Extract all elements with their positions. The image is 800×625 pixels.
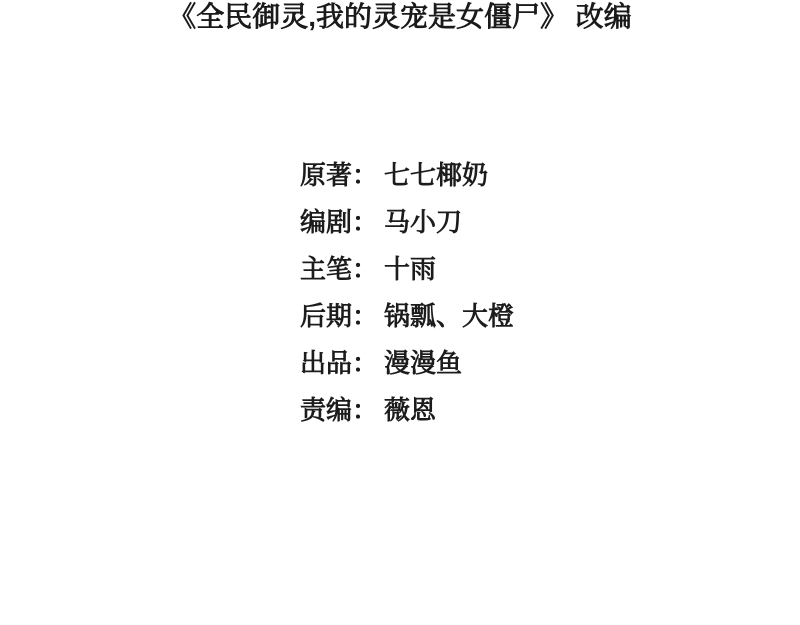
credit-label-original-work: 原著： bbox=[300, 152, 378, 199]
credit-label-editor: 责编： bbox=[300, 387, 378, 434]
credit-row-original-work: 原著：七七椰奶 bbox=[300, 152, 514, 199]
credit-label-producer: 出品： bbox=[300, 340, 378, 387]
credit-label-lead-artist: 主笔： bbox=[300, 246, 378, 293]
credit-value-screenwriter: 马小刀 bbox=[384, 199, 462, 246]
comic-title: 《全民御灵,我的灵宠是女僵尸》 改编 bbox=[0, 0, 800, 34]
credit-value-original-work: 七七椰奶 bbox=[384, 152, 488, 199]
credit-value-lead-artist: 十雨 bbox=[384, 246, 436, 293]
credit-value-producer: 漫漫鱼 bbox=[384, 340, 462, 387]
credits-block: 原著：七七椰奶 编剧：马小刀 主笔：十雨 后期：锅瓢、大橙 出品：漫漫鱼 责编：… bbox=[300, 152, 514, 434]
credit-value-editor: 薇恩 bbox=[384, 387, 436, 434]
credit-label-post-production: 后期： bbox=[300, 293, 378, 340]
credit-row-lead-artist: 主笔：十雨 bbox=[300, 246, 514, 293]
credit-row-screenwriter: 编剧：马小刀 bbox=[300, 199, 514, 246]
credit-row-editor: 责编：薇恩 bbox=[300, 387, 514, 434]
credit-row-producer: 出品：漫漫鱼 bbox=[300, 340, 514, 387]
credit-value-post-production: 锅瓢、大橙 bbox=[384, 293, 514, 340]
credit-label-screenwriter: 编剧： bbox=[300, 199, 378, 246]
credit-row-post-production: 后期：锅瓢、大橙 bbox=[300, 293, 514, 340]
comic-credits-page: 《全民御灵,我的灵宠是女僵尸》 改编 原著：七七椰奶 编剧：马小刀 主笔：十雨 … bbox=[0, 0, 800, 625]
